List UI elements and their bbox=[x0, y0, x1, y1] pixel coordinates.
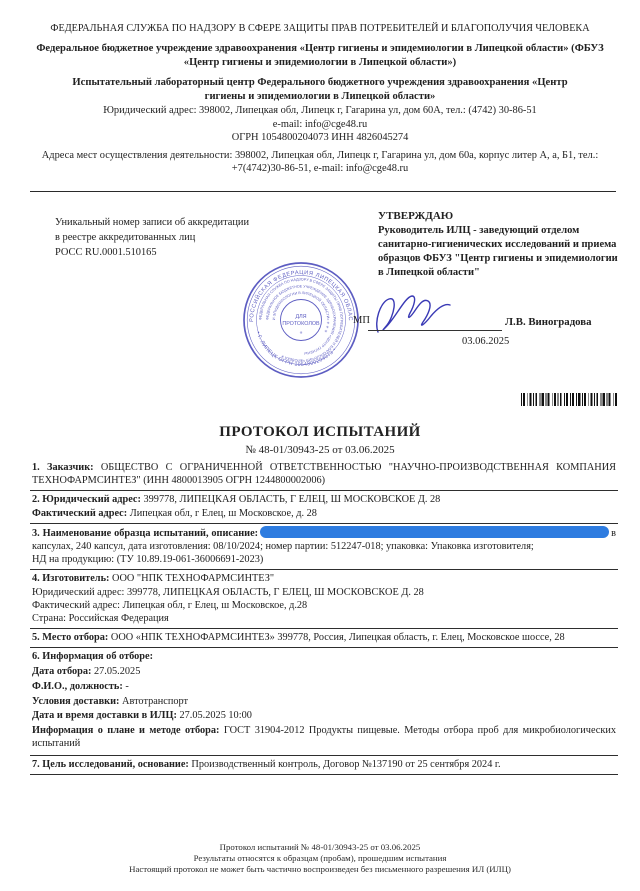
section4-fact-value: Липецкая обл, г Елец, ш Московское, д.28 bbox=[123, 600, 308, 611]
protocol-sections: 1. Заказчик: ОБЩЕСТВО С ОГРАНИЧЕННОЙ ОТВ… bbox=[30, 459, 618, 775]
svg-text:И ЭПИДЕМИОЛОГИИ В ЛИПЕЦКОЙ ОБЛ: И ЭПИДЕМИОЛОГИИ В ЛИПЕЦКОЙ ОБЛАСТИ» ✳ ✳ … bbox=[272, 291, 330, 334]
round-stamp-icon: РОССИЙСКАЯ ФЕДЕРАЦИЯ ЛИПЕЦКАЯ ОБЛАСТЬ • … bbox=[241, 260, 361, 380]
header-divider bbox=[30, 191, 616, 192]
footer-results-note: Результаты относятся к образцам (пробам)… bbox=[0, 853, 640, 864]
approval-title: УТВЕРЖДАЮ bbox=[378, 209, 618, 223]
protocol-document-page: ФЕДЕРАЛЬНАЯ СЛУЖБА ПО НАДЗОРУ В СФЕРЕ ЗА… bbox=[0, 0, 640, 891]
mp-mark: МП bbox=[353, 315, 370, 326]
section-manufacturer: 4. Изготовитель: ООО "НПК ТЕХНОФАРМСИНТЕ… bbox=[30, 570, 618, 629]
stamp-center-line1: ДЛЯ bbox=[295, 314, 306, 320]
ogrn-inn-line: ОГРН 1054800204073 ИНН 4826045274 bbox=[30, 131, 610, 145]
section-purpose: 7. Цель исследований, основание: Произво… bbox=[30, 756, 618, 775]
signature-icon bbox=[372, 292, 490, 338]
activity-addresses: Адреса мест осуществления деятельности: … bbox=[39, 149, 601, 176]
sampling-date-value: 27.05.2025 bbox=[94, 666, 140, 677]
delivery-datetime-value: 27.05.2025 10:00 bbox=[180, 710, 252, 721]
accreditation-line1: Уникальный номер записи об аккредитации bbox=[55, 215, 355, 230]
section-customer: 1. Заказчик: ОБЩЕСТВО С ОГРАНИЧЕННОЙ ОТВ… bbox=[30, 459, 618, 491]
delivery-datetime-label: Дата и время доставки в ИЛЦ: bbox=[32, 710, 177, 721]
sampling-date-label: Дата отбора: bbox=[32, 666, 91, 677]
section4-fact-label: Фактический адрес: bbox=[32, 600, 120, 611]
letterhead: ФЕДЕРАЛЬНАЯ СЛУЖБА ПО НАДЗОРУ В СФЕРЕ ЗА… bbox=[30, 22, 610, 176]
stamp-stars: ✳ bbox=[299, 330, 303, 335]
section7-label: 7. Цель исследований, основание: bbox=[32, 759, 189, 770]
fio-label: Ф.И.О., должность: bbox=[32, 681, 123, 692]
section2-label: 2. Юридический адрес: bbox=[32, 494, 141, 505]
laboratory-name: Испытательный лабораторный центр Федерал… bbox=[58, 76, 583, 103]
section-sampling-info: 6. Информация об отборе: Дата отбора: 27… bbox=[30, 648, 618, 755]
delivery-label: Условия доставки: bbox=[32, 696, 119, 707]
approval-role: Руководитель ИЛЦ - заведующий отделом са… bbox=[378, 224, 618, 280]
accreditation-block: Уникальный номер записи об аккредитации … bbox=[55, 215, 355, 260]
barcode bbox=[521, 393, 617, 406]
section2-value: 399778, ЛИПЕЦКАЯ ОБЛАСТЬ, Г ЕЛЕЦ, Ш МОСК… bbox=[144, 494, 441, 505]
protocol-title: ПРОТОКОЛ ИСПЫТАНИЙ bbox=[0, 424, 640, 441]
signature-line bbox=[368, 330, 502, 331]
section5-value: ООО «НПК ТЕХНОФАРМСИНТЕЗ» 399778, Россия… bbox=[111, 632, 565, 643]
footer-reproduction-note: Настоящий протокол не может быть частичн… bbox=[0, 864, 640, 875]
section3-label: 3. Наименование образца испытаний, описа… bbox=[32, 528, 258, 539]
approval-date: 03.06.2025 bbox=[462, 336, 509, 347]
section1-value: ОБЩЕСТВО С ОГРАНИЧЕННОЙ ОТВЕТСТВЕННОСТЬЮ… bbox=[32, 462, 616, 486]
section-sample: 3. Наименование образца испытаний, описа… bbox=[30, 524, 618, 571]
accreditation-number: РОСС RU.0001.510165 bbox=[55, 245, 355, 260]
section6-label: 6. Информация об отборе: bbox=[32, 651, 153, 662]
section4-country-value: Российская Федерация bbox=[69, 613, 169, 624]
title-block: ПРОТОКОЛ ИСПЫТАНИЙ № 48-01/30943-25 от 0… bbox=[0, 424, 640, 456]
approval-block: УТВЕРЖДАЮ Руководитель ИЛЦ - заведующий … bbox=[378, 209, 618, 280]
sampling-plan-label: Информация о плане и методе отбора: bbox=[32, 725, 219, 736]
section7-value: Производственный контроль, Договор №1371… bbox=[191, 759, 500, 770]
svg-text:РОССИЙСКАЯ ФЕДЕРАЦИЯ ЛИПЕЦКАЯ: РОССИЙСКАЯ ФЕДЕРАЦИЯ ЛИПЕЦКАЯ ОБЛАСТЬ bbox=[241, 260, 353, 322]
section-sampling-place: 5. Место отбора: ООО «НПК ТЕХНОФАРМСИНТЕ… bbox=[30, 629, 618, 648]
section1-label: 1. Заказчик: bbox=[32, 462, 94, 473]
organization-name: Федеральное бюджетное учреждение здравоо… bbox=[30, 42, 610, 69]
section5-label: 5. Место отбора: bbox=[32, 632, 108, 643]
svg-text:• Г. ЛИПЕЦК ОГРН 1054800204073: • Г. ЛИПЕЦК ОГРН 1054800204073 • bbox=[255, 331, 338, 368]
stamp-outer-bottom-text: • Г. ЛИПЕЦК ОГРН 1054800204073 • bbox=[255, 331, 338, 368]
email-line: e-mail: info@cge48.ru bbox=[30, 118, 610, 132]
section4-value: ООО "НПК ТЕХНОФАРМСИНТЕЗ" bbox=[112, 573, 274, 584]
signer-name: Л.В. Виноградова bbox=[505, 316, 592, 328]
redacted-sample-name bbox=[260, 526, 609, 538]
stamp-ring4-text: И ЭПИДЕМИОЛОГИИ В ЛИПЕЦКОЙ ОБЛАСТИ» ✳ ✳ … bbox=[272, 291, 330, 334]
protocol-number: № 48-01/30943-25 от 03.06.2025 bbox=[0, 444, 640, 456]
delivery-value: Автотранспорт bbox=[122, 696, 188, 707]
footer-protocol-number: Протокол испытаний № 48-01/30943-25 от 0… bbox=[0, 842, 640, 853]
legal-address: Юридический адрес: 398002, Липецкая обл,… bbox=[30, 104, 610, 118]
section4-country-label: Страна: bbox=[32, 613, 66, 624]
accreditation-line2: в реестре аккредитованных лиц bbox=[55, 230, 355, 245]
stamp-outer-top-text: РОССИЙСКАЯ ФЕДЕРАЦИЯ ЛИПЕЦКАЯ ОБЛАСТЬ bbox=[241, 260, 353, 322]
section-legal-address: 2. Юридический адрес: 399778, ЛИПЕЦКАЯ О… bbox=[30, 491, 618, 523]
agency-name: ФЕДЕРАЛЬНАЯ СЛУЖБА ПО НАДЗОРУ В СФЕРЕ ЗА… bbox=[48, 22, 593, 35]
section4-legal-value: 399778, ЛИПЕЦКАЯ ОБЛАСТЬ, Г ЕЛЕЦ, Ш МОСК… bbox=[127, 587, 424, 598]
section3-nd: НД на продукцию: (ТУ 10.89.19-061-360066… bbox=[32, 554, 263, 565]
section2b-label: Фактический адрес: bbox=[32, 508, 127, 519]
section4-label: 4. Изготовитель: bbox=[32, 573, 109, 584]
section2b-value: Липецкая обл, г Елец, ш Московское, д. 2… bbox=[130, 508, 317, 519]
fio-value: - bbox=[125, 681, 128, 692]
page-footer: Протокол испытаний № 48-01/30943-25 от 0… bbox=[0, 842, 640, 876]
section4-legal-label: Юридический адрес: bbox=[32, 587, 124, 598]
stamp-center-line2: ПРОТОКОЛОВ bbox=[282, 321, 320, 327]
